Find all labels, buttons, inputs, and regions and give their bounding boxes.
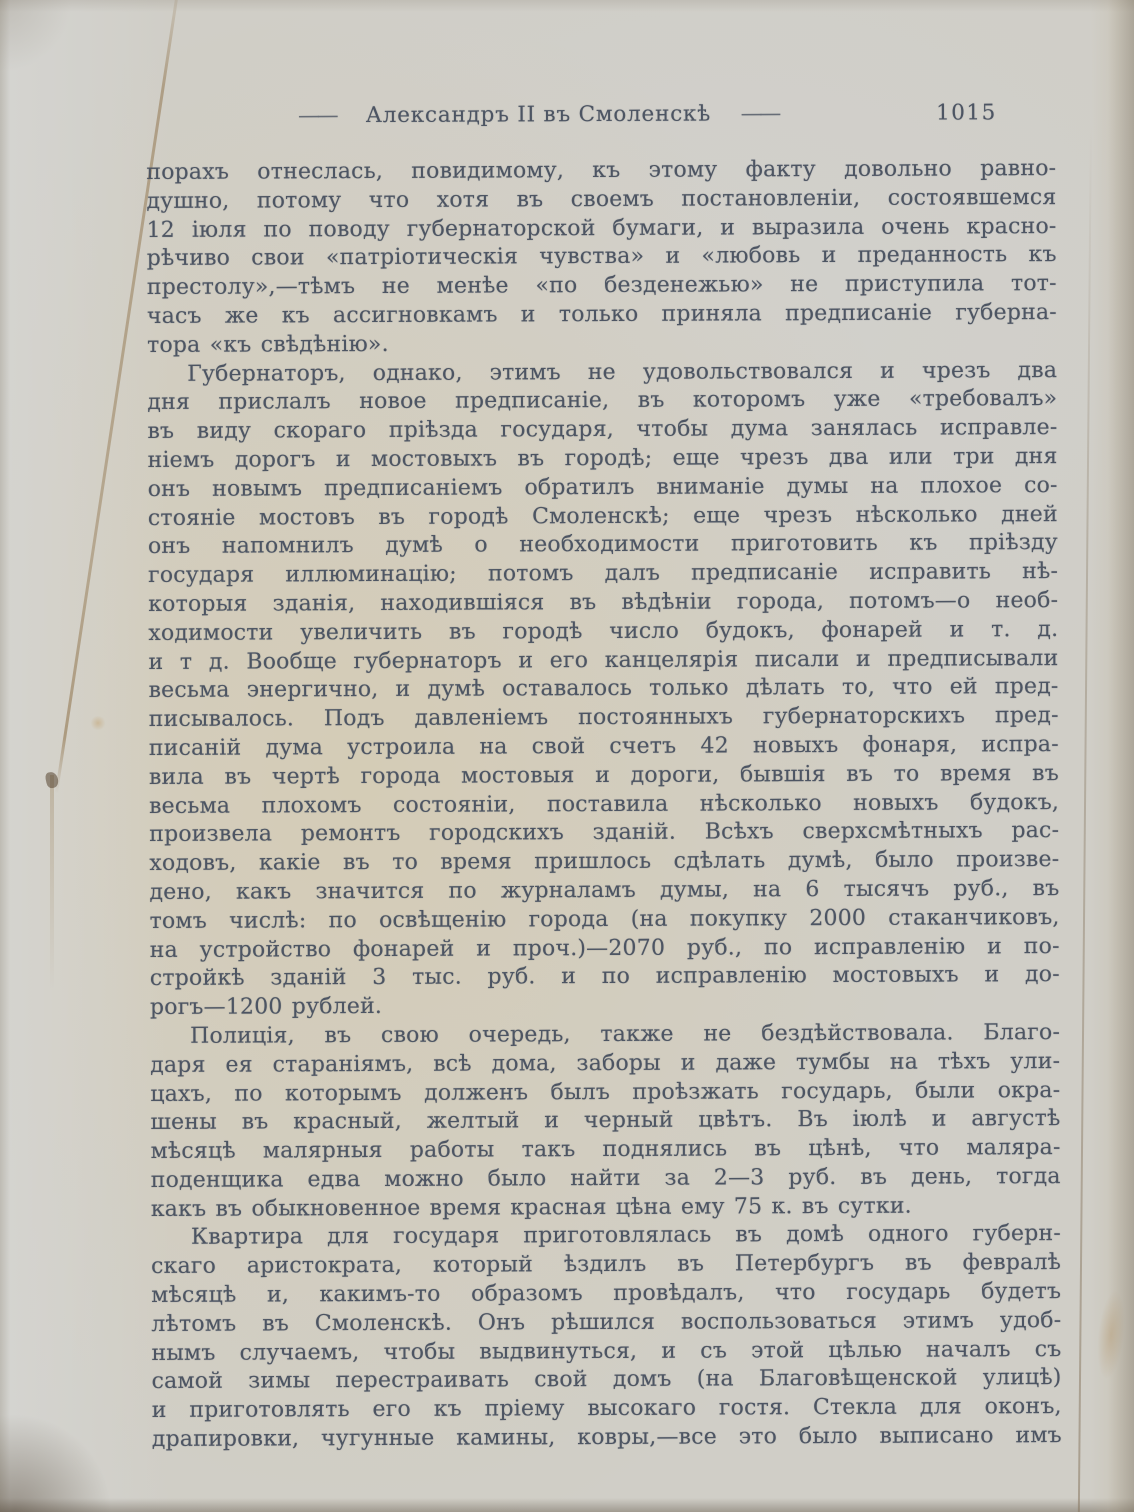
text-line: рогъ—1200 рублей. [150,990,1060,1023]
text-line: въ виду скораго пріѣзда государя, чтобы … [147,414,1057,447]
text-line: цахъ, по которымъ долженъ былъ проѣзжать… [150,1077,1060,1110]
text-line: тора «къ свѣдѣнію». [147,328,1057,361]
paragraph-4: Квартира для государя приготовлялась въ … [151,1220,1062,1454]
text-line: поденщика едва можно было найти за 2—3 р… [151,1163,1061,1196]
text-line: нымъ случаемъ, чтобы выдвинуться, и съ э… [151,1336,1061,1369]
text-line: Полиція, въ свою очередь, также не бездѣ… [150,1019,1060,1052]
text-line: писывалось. Подъ давленіемъ постоянныхъ … [149,702,1059,735]
text-line: даря ея стараніямъ, всѣ дома, заборы и д… [150,1048,1060,1081]
text-line: мѣсяцѣ малярныя работы такъ поднялись въ… [151,1134,1061,1167]
text-line: Губернаторъ, однако, этимъ не удовольств… [147,357,1057,390]
text-line: шены въ красный, желтый и черный цвѣтъ. … [150,1105,1060,1138]
text-line: стояніе мостовъ въ городѣ Смоленскѣ; еще… [148,501,1058,534]
body-text: порахъ отнеслась, повидимому, къ этому ф… [146,155,1062,1455]
book-page-photo: —— Александръ II въ Смоленскѣ —— 1015 по… [0,0,1134,1512]
text-line: порахъ отнеслась, повидимому, къ этому ф… [146,155,1056,188]
text-line: вила въ чертѣ города мостовыя и дороги, … [149,760,1059,793]
text-line: душно, потому что хотя въ своемъ постано… [146,184,1056,217]
text-line: 12 іюля по поводу губернаторской бумаги,… [146,213,1056,246]
text-line: какъ въ обыкновенное время красная цѣна … [151,1192,1061,1225]
text-line: и т д. Вообще губернаторъ и его канцеляр… [148,645,1058,678]
page-content: —— Александръ II въ Смоленскѣ —— 1015 по… [146,100,1062,1455]
header-rule-left: —— [298,103,336,128]
text-line: рѣчиво свои «патріотическія чувства» и «… [147,241,1057,274]
text-line: и приготовлять его къ пріему высокаго го… [152,1393,1062,1426]
text-line: государя иллюминацію; потомъ далъ предпи… [148,558,1058,591]
text-line: лѣтомъ въ Смоленскѣ. Онъ рѣшился восполь… [151,1307,1061,1340]
text-line: онъ новымъ предписаніемъ обратилъ вниман… [148,472,1058,505]
header-title-group: —— Александръ II въ Смоленскѣ —— [298,101,779,128]
text-line: писаній дума устроила на свой счетъ 42 н… [149,731,1059,764]
text-line: томъ числѣ: по освѣщенію города (на поку… [150,904,1060,937]
text-line: стройкѣ зданій 3 тыс. руб. и по исправле… [150,961,1060,994]
page-number: 1015 [936,100,997,125]
text-line: драпировки, чугунные камины, ковры,—все … [152,1422,1062,1455]
running-header: —— Александръ II въ Смоленскѣ —— 1015 [146,100,1056,138]
paragraph-2: Губернаторъ, однако, этимъ не удовольств… [147,357,1060,1023]
text-line: на устройство фонарей и проч.)—2070 руб.… [150,933,1060,966]
text-line: Квартира для государя приготовлялась въ … [151,1220,1061,1253]
text-line: весьма плохомъ состояніи, поставила нѣск… [149,789,1059,822]
page-fold-crease-tail [50,775,54,1015]
header-title: Александръ II въ Смоленскѣ [366,102,711,129]
text-line: которыя зданія, находившіяся въ вѣдѣніи … [148,587,1058,620]
text-line: часъ же къ ассигновкамъ и только приняла… [147,299,1057,332]
text-line: мѣсяцѣ и, какимъ-то образомъ провѣдалъ, … [151,1278,1061,1311]
paragraph-1: порахъ отнеслась, повидимому, къ этому ф… [146,155,1057,361]
text-line: ходовъ, какіе въ то время пришлось сдѣла… [149,846,1059,879]
text-line: ніемъ дорогъ и мостовыхъ въ городѣ; еще … [148,443,1058,476]
text-line: ходимости увеличить въ городѣ число будо… [148,616,1058,649]
text-line: произвела ремонтъ городскихъ зданій. Всѣ… [149,817,1059,850]
text-line: весьма энергично, и думѣ оставалось толь… [149,673,1059,706]
paper-stain [90,716,106,730]
page-right-edge-shadow [1090,0,1134,1512]
header-rule-right: —— [741,101,779,126]
text-line: престолу»,—тѣмъ не менѣе «по безденежью»… [147,270,1057,303]
paragraph-3: Полиція, въ свою очередь, также не бездѣ… [150,1019,1061,1225]
text-line: онъ напомнилъ думѣ о необходимости приго… [148,529,1058,562]
text-line: скаго аристократа, который ѣздилъ въ Пет… [151,1249,1061,1282]
text-line: самой зимы перестраивать свой домъ (на Б… [152,1364,1062,1397]
text-line: дня прислалъ новое предписаніе, въ котор… [147,385,1057,418]
text-line: дено, какъ значится по журналамъ думы, н… [149,875,1059,908]
